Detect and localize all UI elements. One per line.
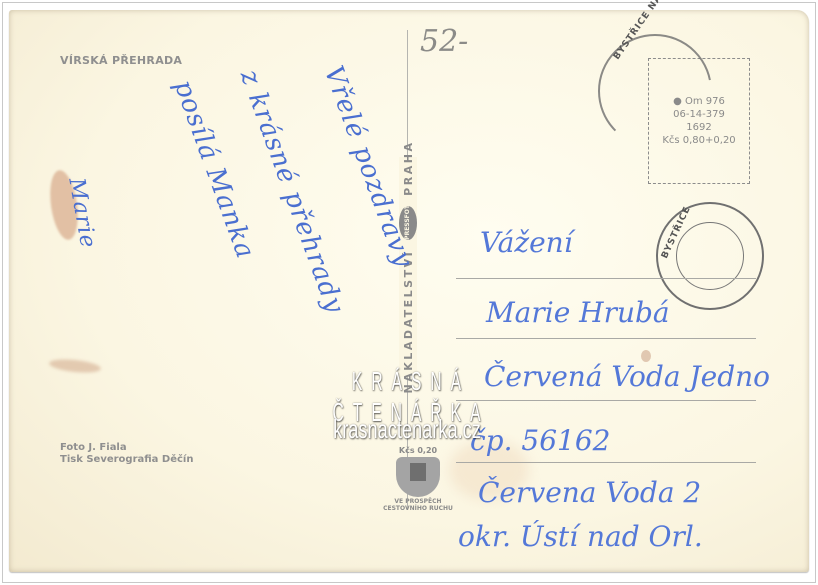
address-text: čp. 56162 [470, 424, 610, 457]
stamp-line: 1692 [686, 121, 711, 134]
publisher-city: PRAHA [402, 141, 415, 196]
tax-stamp: Kčs 0,20 VE PROSPĚCH CESTOVNÍHO RUCHU [382, 446, 454, 510]
address-text: Červená Voda Jedno [484, 360, 770, 393]
address-text: Červena Voda 2 [478, 476, 701, 509]
stamp-line: 06-14-379 [673, 108, 725, 121]
postcard-title: VÍRSKÁ PŘEHRADA [60, 54, 182, 67]
address-line [456, 278, 756, 279]
catalog-number: 52- [420, 24, 468, 59]
address-text: Marie Hrubá [486, 296, 670, 329]
watermark-url: krasnactenarka.cz [327, 414, 488, 445]
address-line [456, 462, 756, 463]
address-text: okr. Ústí nad Orl. [458, 520, 703, 553]
photo-credit: Foto J. Fiala [60, 442, 193, 454]
print-credit: Tisk Severografia Děčín [60, 454, 193, 466]
postmark-icon [656, 202, 764, 310]
stamp-line: Kčs 0,80+0,20 [662, 134, 735, 147]
tax-stamp-motto: VE PROSPĚCH CESTOVNÍHO RUCHU [382, 498, 454, 512]
address-text: Vážení [480, 226, 573, 259]
postcard-credits: Foto J. Fiala Tisk Severografia Děčín [60, 442, 193, 466]
castle-shield-icon [396, 457, 440, 497]
stamp-line: ● Om 976 [673, 95, 725, 108]
tax-stamp-price: Kčs 0,20 [382, 446, 454, 455]
stain [49, 357, 102, 374]
address-line [456, 338, 756, 339]
